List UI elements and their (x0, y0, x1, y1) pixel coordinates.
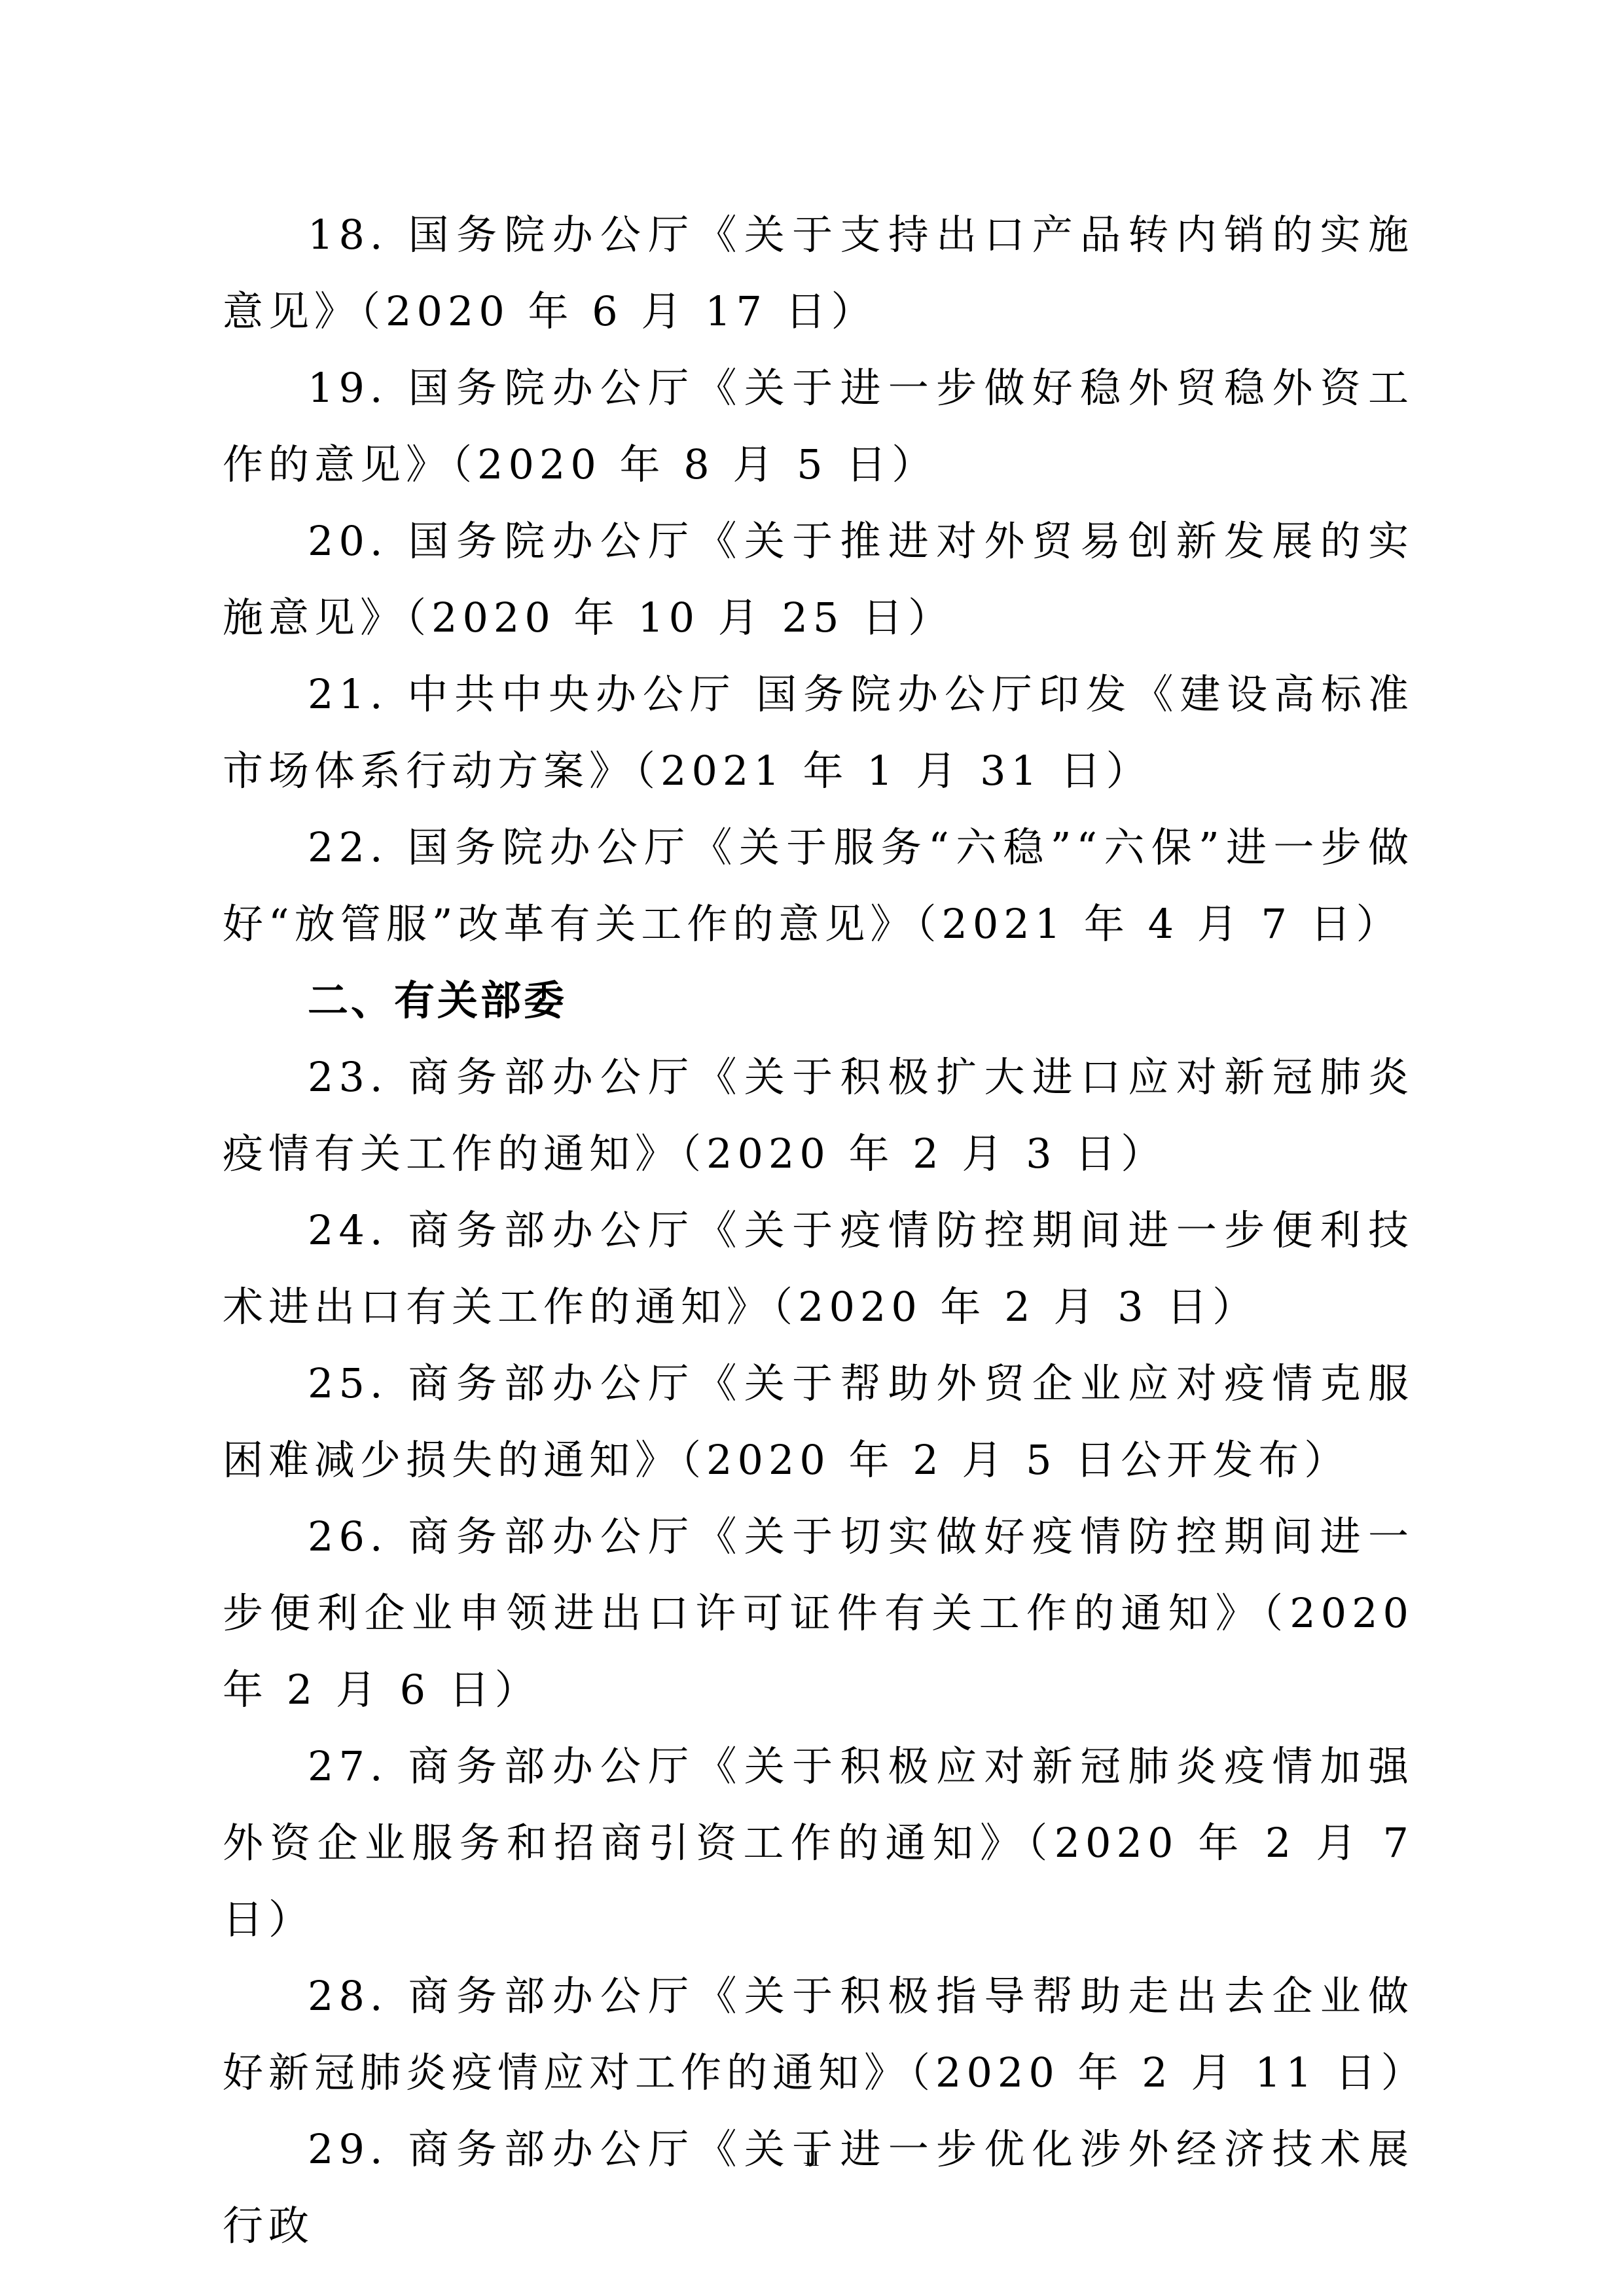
list-item-28: 28. 商务部办公厅《关于积极指导帮助走出去企业做好新冠肺炎疫情应对工作的通知》… (223, 1958, 1414, 2111)
list-item-29: 29. 商务部办公厅《关于进一步优化涉外经济技术展行政 (223, 2111, 1414, 2264)
list-item-19: 19. 国务院办公厅《关于进一步做好稳外贸稳外资工作的意见》（2020 年 8 … (223, 350, 1414, 503)
document-page: 18. 国务院办公厅《关于支持出口产品转内销的实施意见》（2020 年 6 月 … (223, 196, 1414, 2264)
page-number: II (0, 2147, 1624, 2172)
list-item-23: 23. 商务部办公厅《关于积极扩大进口应对新冠肺炎疫情有关工作的通知》（2020… (223, 1039, 1414, 1192)
list-item-20: 20. 国务院办公厅《关于推进对外贸易创新发展的实施意见》（2020 年 10 … (223, 503, 1414, 656)
section-heading: 二、有关部委 (223, 962, 1414, 1039)
list-item-22: 22. 国务院办公厅《关于服务“六稳”“六保”进一步做好“放管服”改革有关工作的… (223, 809, 1414, 962)
list-item-26: 26. 商务部办公厅《关于切实做好疫情防控期间进一步便利企业申领进出口许可证件有… (223, 1498, 1414, 1728)
list-item-25: 25. 商务部办公厅《关于帮助外贸企业应对疫情克服困难减少损失的通知》（2020… (223, 1345, 1414, 1498)
list-item-27: 27. 商务部办公厅《关于积极应对新冠肺炎疫情加强外资企业服务和招商引资工作的通… (223, 1728, 1414, 1958)
list-item-18: 18. 国务院办公厅《关于支持出口产品转内销的实施意见》（2020 年 6 月 … (223, 196, 1414, 350)
list-item-21: 21. 中共中央办公厅 国务院办公厅印发《建设高标准市场体系行动方案》（2021… (223, 656, 1414, 809)
list-item-24: 24. 商务部办公厅《关于疫情防控期间进一步便利技术进出口有关工作的通知》（20… (223, 1192, 1414, 1345)
